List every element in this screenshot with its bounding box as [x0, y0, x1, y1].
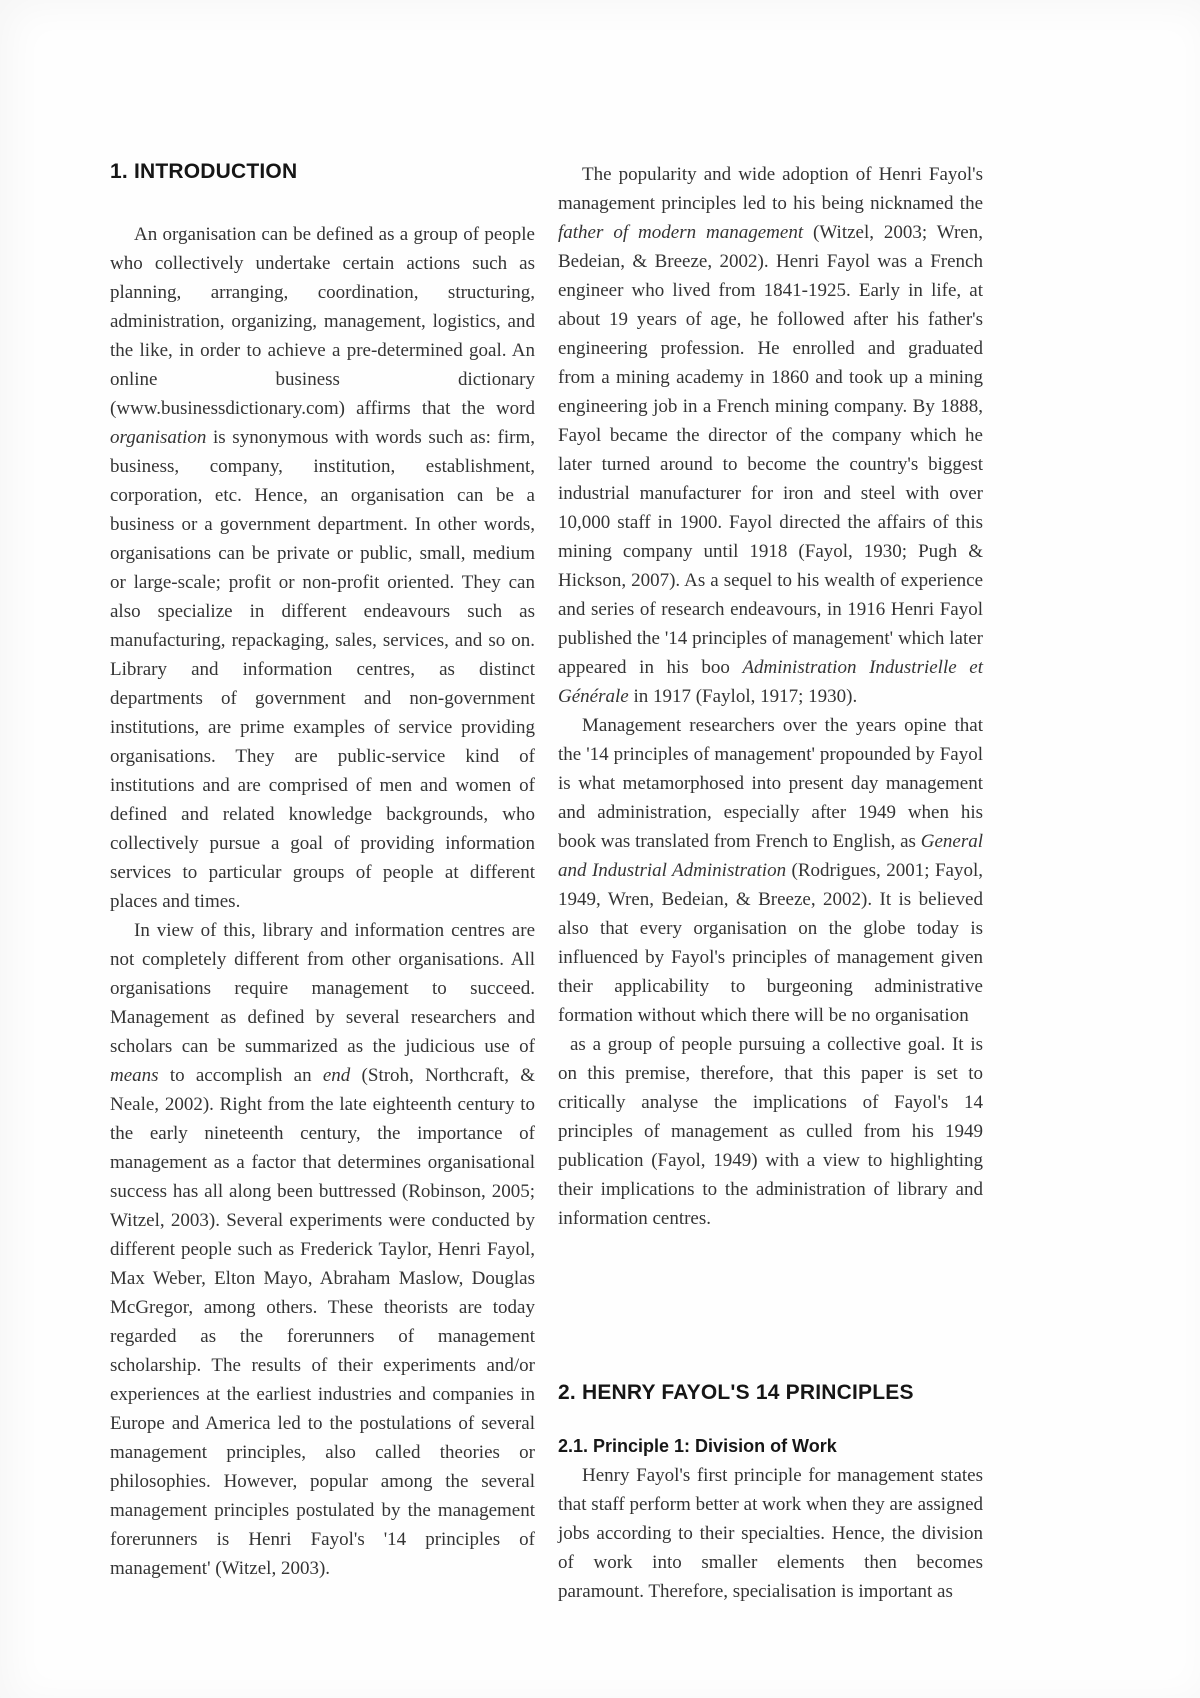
paper-premise-paragraph: as a group of people pursuing a collecti… [558, 1030, 983, 1233]
paper-page: 1. INTRODUCTION An organisation can be d… [0, 0, 1200, 1698]
management-researchers-paragraph: Management researchers over the years op… [558, 711, 983, 1030]
intro-paragraph-2: In view of this, library and information… [110, 916, 535, 1583]
subsection-2-1-heading: 2.1. Principle 1: Division of Work [558, 1435, 983, 1457]
intro-paragraph-1: An organisation can be defined as a grou… [110, 220, 535, 916]
section-1-heading: 1. INTRODUCTION [110, 160, 535, 184]
fayol-biography-paragraph: The popularity and wide adoption of Henr… [558, 160, 983, 711]
left-column: 1. INTRODUCTION An organisation can be d… [110, 160, 535, 1583]
division-of-work-paragraph: Henry Fayol's first principle for manage… [558, 1461, 983, 1606]
section-2-heading: 2. HENRY FAYOL'S 14 PRINCIPLES [558, 1381, 983, 1405]
right-column: The popularity and wide adoption of Henr… [558, 160, 983, 1606]
